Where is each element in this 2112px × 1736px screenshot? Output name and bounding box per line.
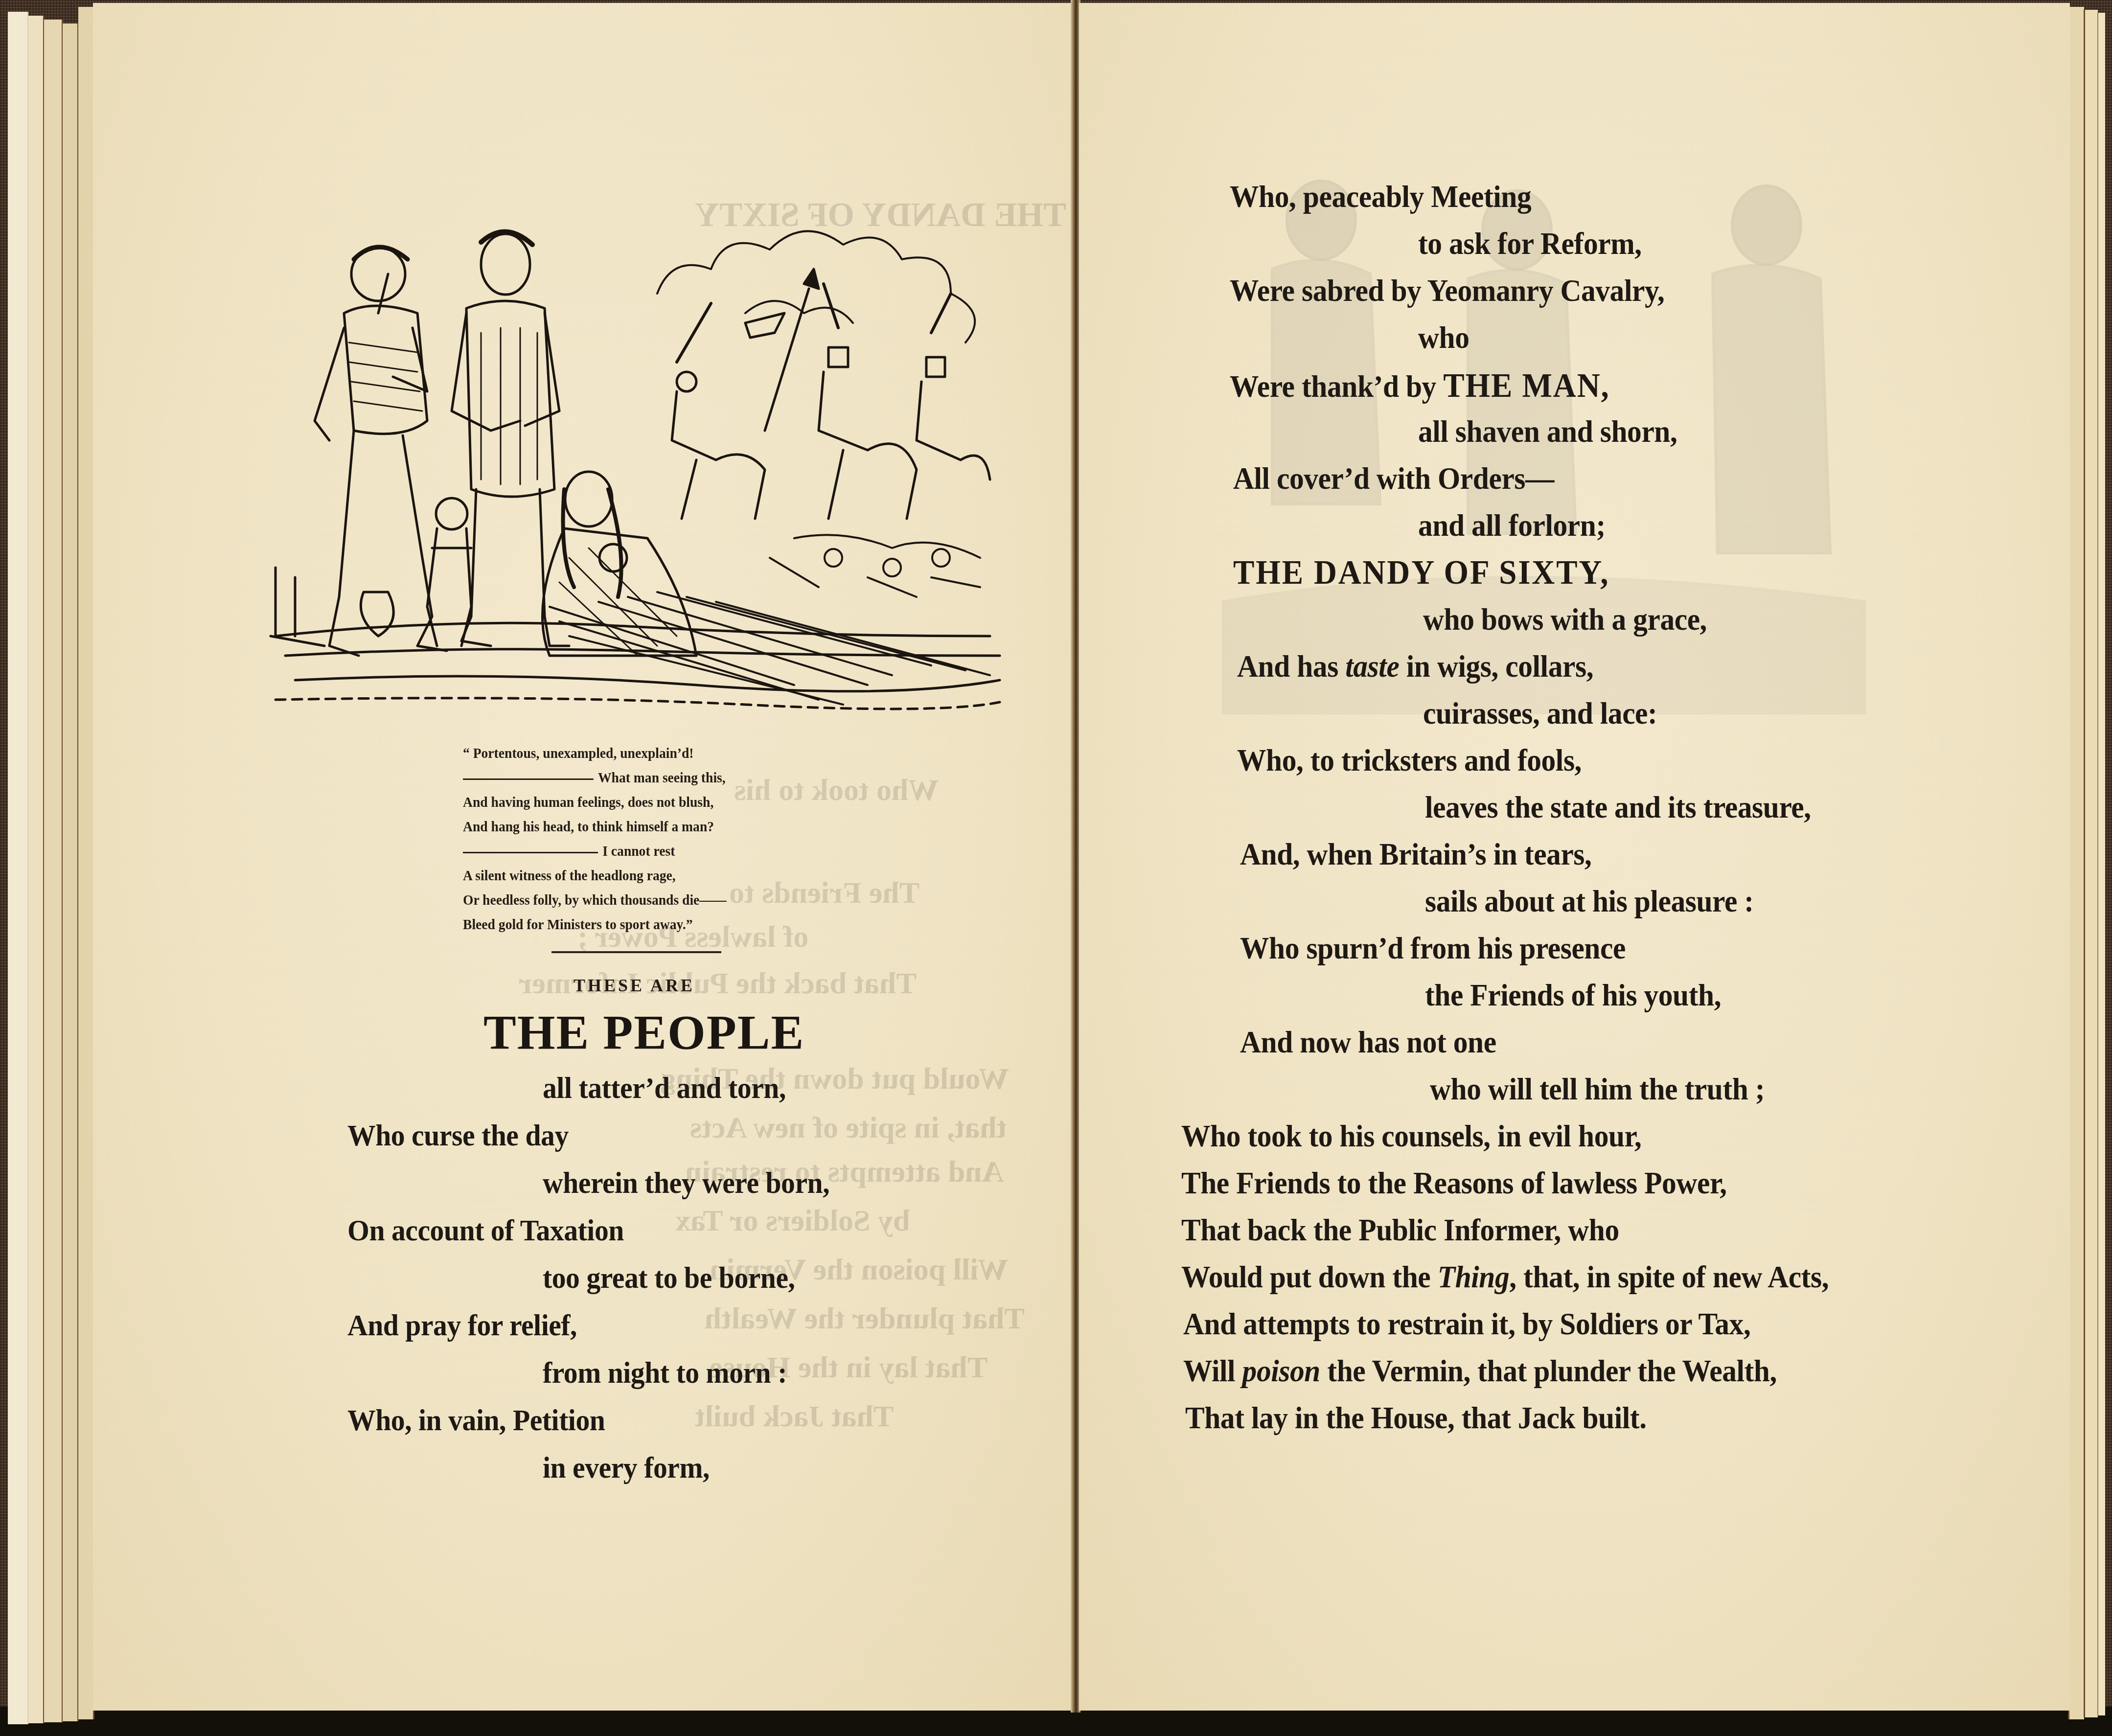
verse-line: Would put down the Thing, that, in spite… (1181, 1261, 1829, 1293)
section-rule (551, 951, 721, 953)
bottom-shadow (0, 1707, 2112, 1736)
verse-line: And, when Britain’s in tears, (1240, 839, 1591, 870)
italic-word: Thing (1438, 1259, 1510, 1294)
show-through-text: that, in spite of new Acts (690, 1111, 1007, 1145)
verse-line: cuirasses, and lace: (1423, 698, 1657, 729)
verse-line: The Friends to the Reasons of lawless Po… (1181, 1167, 1727, 1199)
epigraph-line: What man seeing this, (463, 766, 727, 790)
verse-line: the Friends of his youth, (1425, 980, 1721, 1011)
verse-line: Who curse the day (347, 1120, 569, 1151)
show-through-text: That plunder the Wealth (705, 1302, 1025, 1336)
epigraph-line: And having human feelings, does not blus… (463, 790, 727, 815)
verse-line: And pray for relief, (347, 1310, 577, 1341)
epigraph-line: “ Portentous, unexampled, unexplain’d! (463, 741, 727, 766)
verse-line: That back the Public Informer, who (1181, 1214, 1619, 1246)
page-edge-stack (78, 7, 94, 1719)
epigraph-line: I cannot rest (463, 839, 727, 864)
verse-line: who bows with a grace, (1423, 604, 1707, 635)
verse-line: and all forlorn; (1418, 510, 1606, 541)
em-rule (463, 852, 598, 853)
epigraph-quote: “ Portentous, unexampled, unexplain’d! W… (463, 741, 727, 937)
epigraph-line: Bleed gold for Ministers to sport away.” (463, 913, 727, 937)
verse-line: sails about at his pleasure : (1425, 886, 1754, 917)
italic-word: taste (1345, 649, 1399, 684)
heading-these-are: THESE ARE (574, 975, 695, 996)
epigraph-line: Or heedless folly, by which thousands di… (463, 888, 727, 913)
epigraph-line: A silent witness of the headlong rage, (463, 864, 727, 888)
verse-line: too great to be borne, (543, 1263, 795, 1293)
verse-line: Who, in vain, Petition (347, 1405, 605, 1436)
page-edge-stack (2068, 7, 2084, 1719)
verse-line: leaves the state and its treasure, (1425, 792, 1811, 823)
verse-line: in every form, (543, 1453, 710, 1483)
verse-line: Who spurn’d from his presence (1240, 933, 1626, 964)
verse-line: wherein they were born, (543, 1168, 829, 1198)
page-edge-stack (2097, 13, 2105, 1715)
verse-line: Who, to tricksters and fools, (1237, 745, 1582, 776)
verse-line: And now has not one (1240, 1027, 1496, 1058)
page-edge-stack (2084, 10, 2098, 1717)
epigraph-line: And hang his head, to think himself a ma… (463, 815, 727, 839)
verse-line: Were thank’d by THE MAN, (1230, 369, 1610, 403)
verse-line: Who, peaceably Meeting (1230, 181, 1531, 212)
verse-line: On account of Taxation (347, 1215, 624, 1246)
italic-word: poison (1242, 1353, 1320, 1388)
verse-line: Were sabred by Yeomanry Cavalry, (1230, 275, 1664, 306)
caps-the-man: THE MAN, (1443, 367, 1609, 405)
verse-line: to ask for Reform, (1418, 228, 1642, 259)
page-edge-stack (28, 16, 45, 1723)
heading-the-people: THE PEOPLE (483, 1004, 804, 1060)
woodcut-illustration (256, 215, 1008, 714)
page-edge-stack (44, 20, 63, 1722)
woodcut-people-cavalry-icon (256, 215, 1008, 714)
show-through-text: That Jack built (695, 1399, 894, 1434)
verse-line: All cover’d with Orders— (1233, 463, 1554, 494)
verse-line: Who took to his counsels, in evil hour, (1181, 1120, 1641, 1152)
em-rule (463, 778, 594, 780)
caps-dandy-of-sixty: THE DANDY OF SIXTY, (1233, 556, 1609, 590)
verse-line: who (1418, 322, 1469, 353)
verse-line: all tatter’d and torn, (543, 1073, 786, 1103)
verse-line: And attempts to restrain it, by Soldiers… (1183, 1308, 1750, 1340)
show-through-text: by Soldiers or Tax (675, 1204, 910, 1238)
verse-line: That lay in the House, that Jack built. (1185, 1402, 1647, 1434)
verse-line: all shaven and shorn, (1418, 416, 1677, 447)
verse-line: who will tell him the truth ; (1430, 1074, 1765, 1105)
show-through-text: The Friends to (729, 876, 919, 911)
verse-line: from night to morn : (543, 1358, 787, 1388)
page-edge-stack (63, 23, 79, 1721)
verse-line: Will poison the Vermin, that plunder the… (1183, 1355, 1777, 1387)
show-through-text: Who took to his (734, 773, 939, 808)
verse-line: And has taste in wigs, collars, (1237, 651, 1593, 682)
page-edge-stack (8, 12, 28, 1724)
